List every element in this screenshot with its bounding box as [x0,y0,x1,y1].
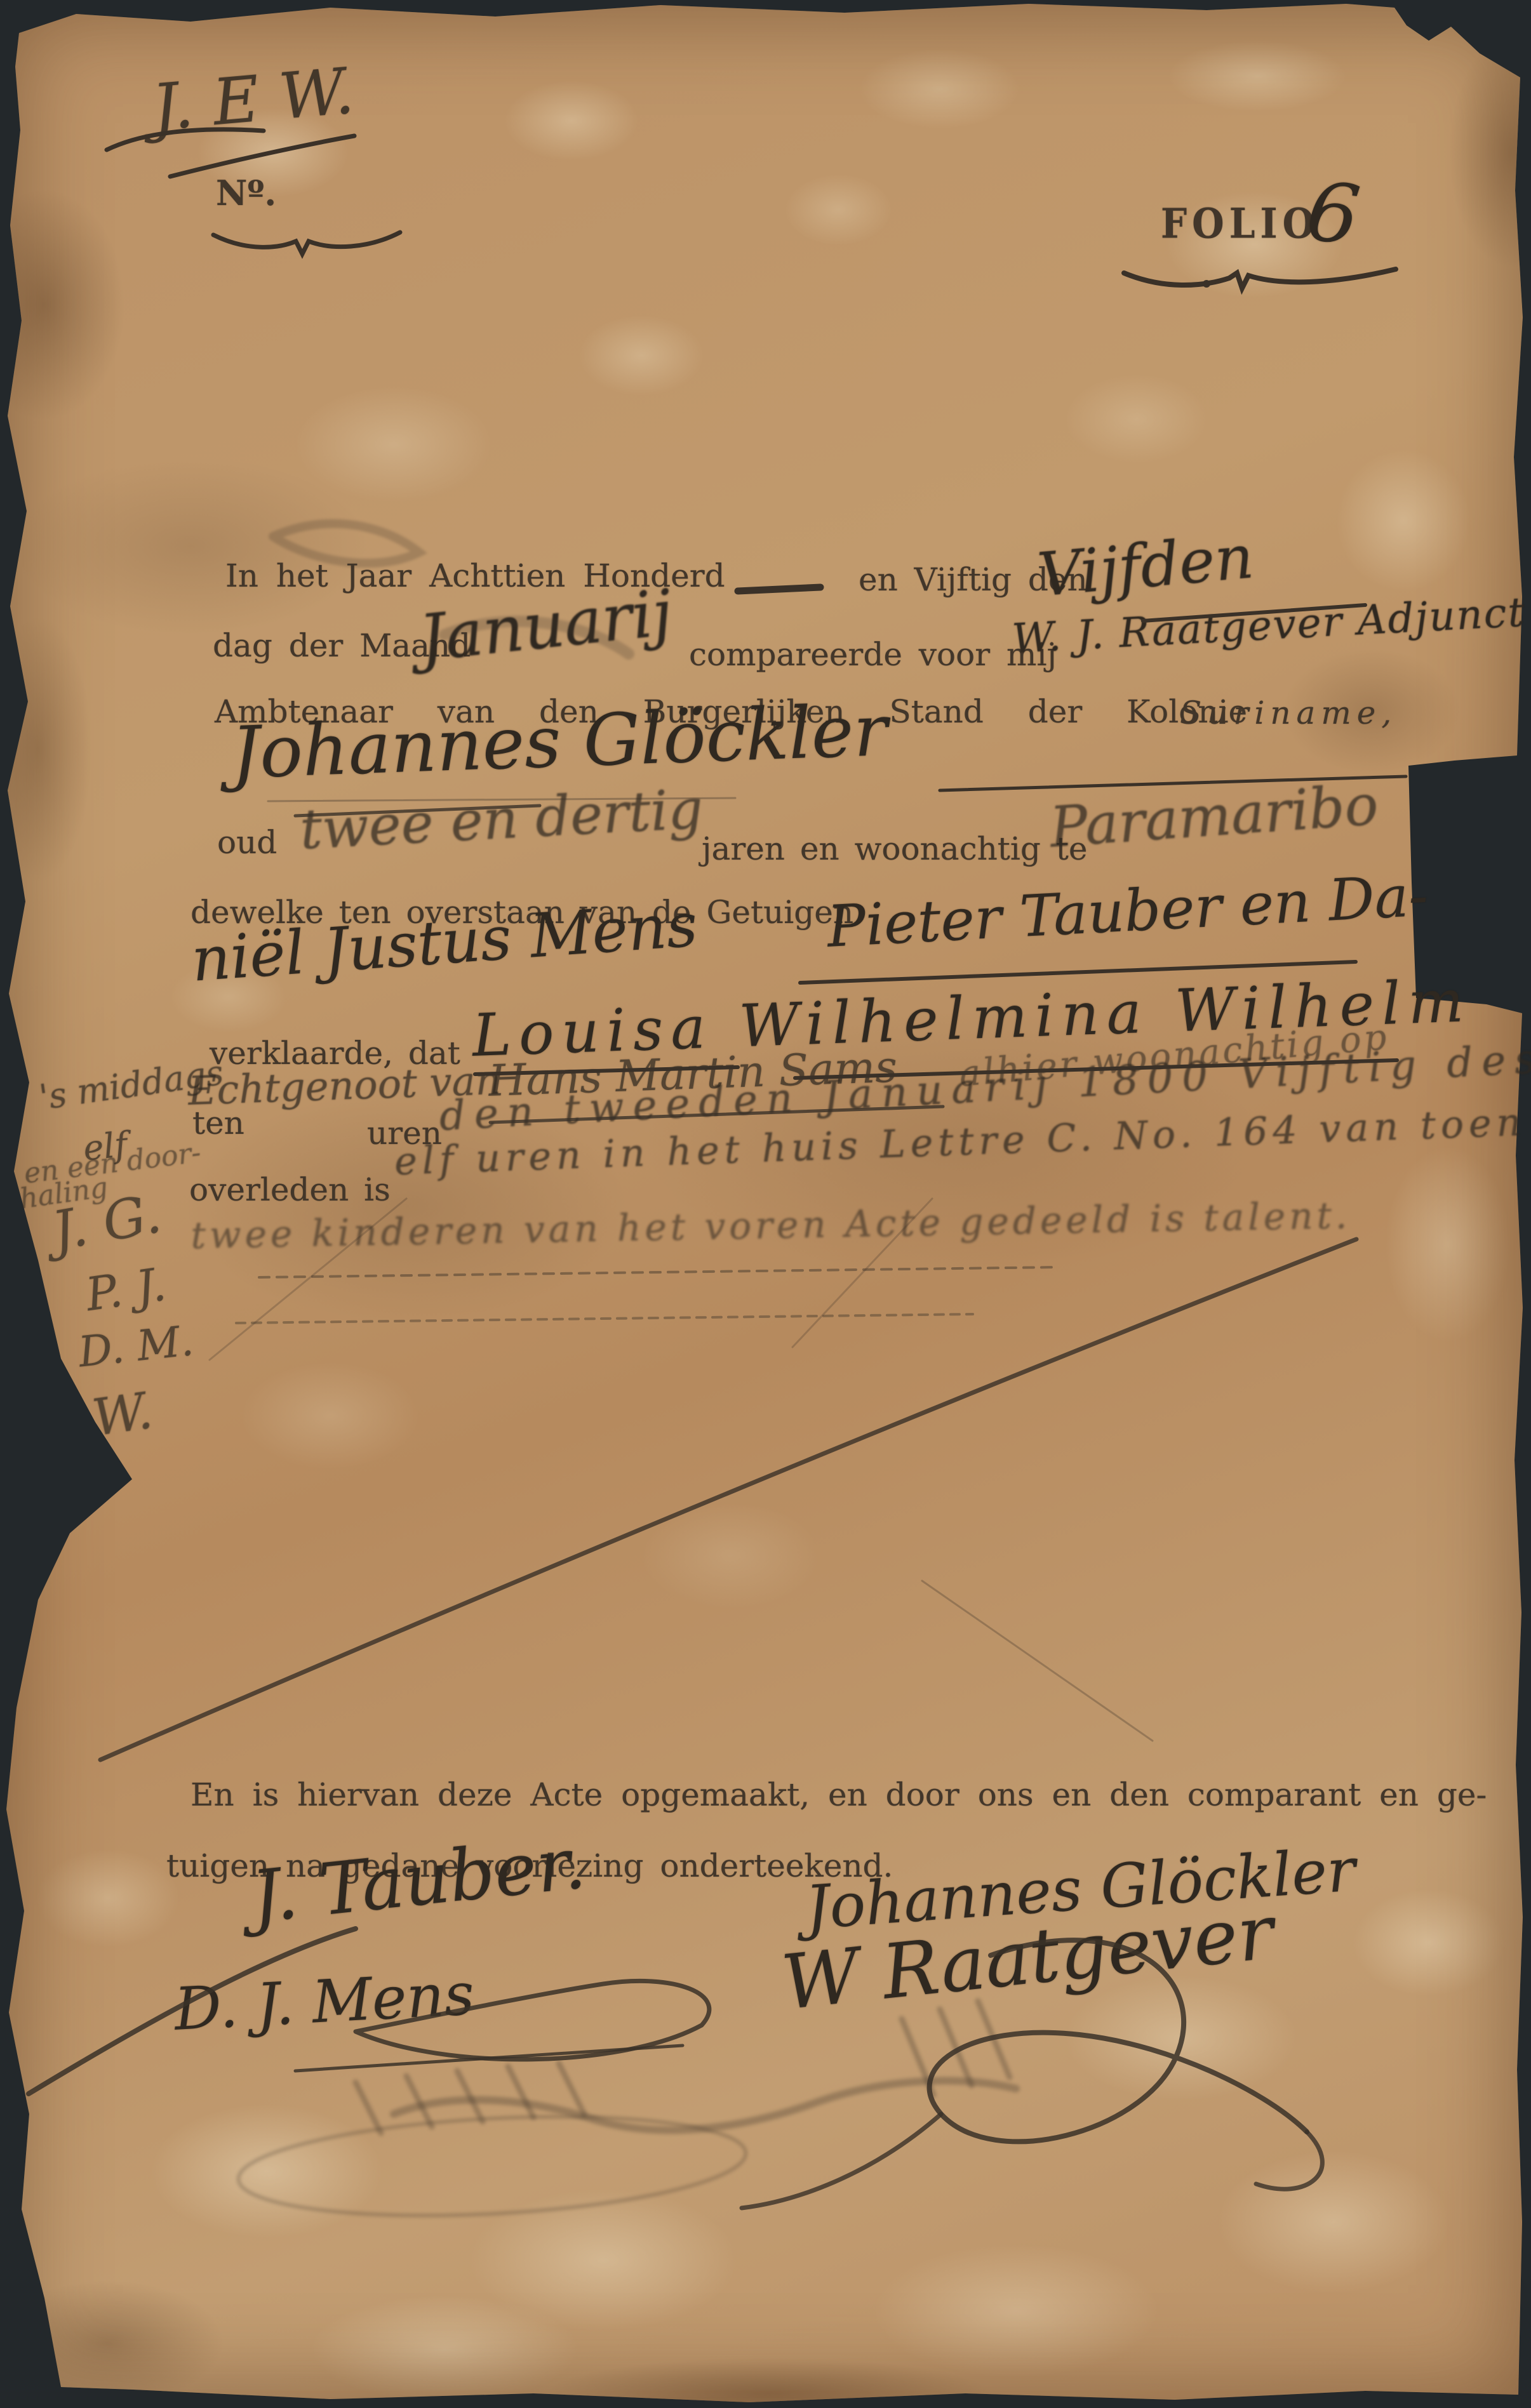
document-scan: J. E W. Nº. FOLIO 6 In het Jaar Achttien… [0,0,1531,2408]
folio-label: FOLIO [1161,199,1320,248]
act-line3-colony: Suriname, [1180,695,1397,731]
closing-line1: En is hiervan deze Acte opgemaakt, en do… [191,1776,1487,1813]
act-line2-mid: compareerde voor mij [689,636,1057,673]
number-label: Nº. [216,173,276,213]
margin-initials: W. [89,1381,156,1447]
act-line9-ten: ten [192,1105,244,1141]
act-line10-pre: overleden is [189,1171,391,1208]
act-line5-mid: jaren en woonachtig te [702,830,1087,867]
margin-initials: P. J. [83,1257,169,1321]
act-line5-pre: oud [217,824,277,861]
